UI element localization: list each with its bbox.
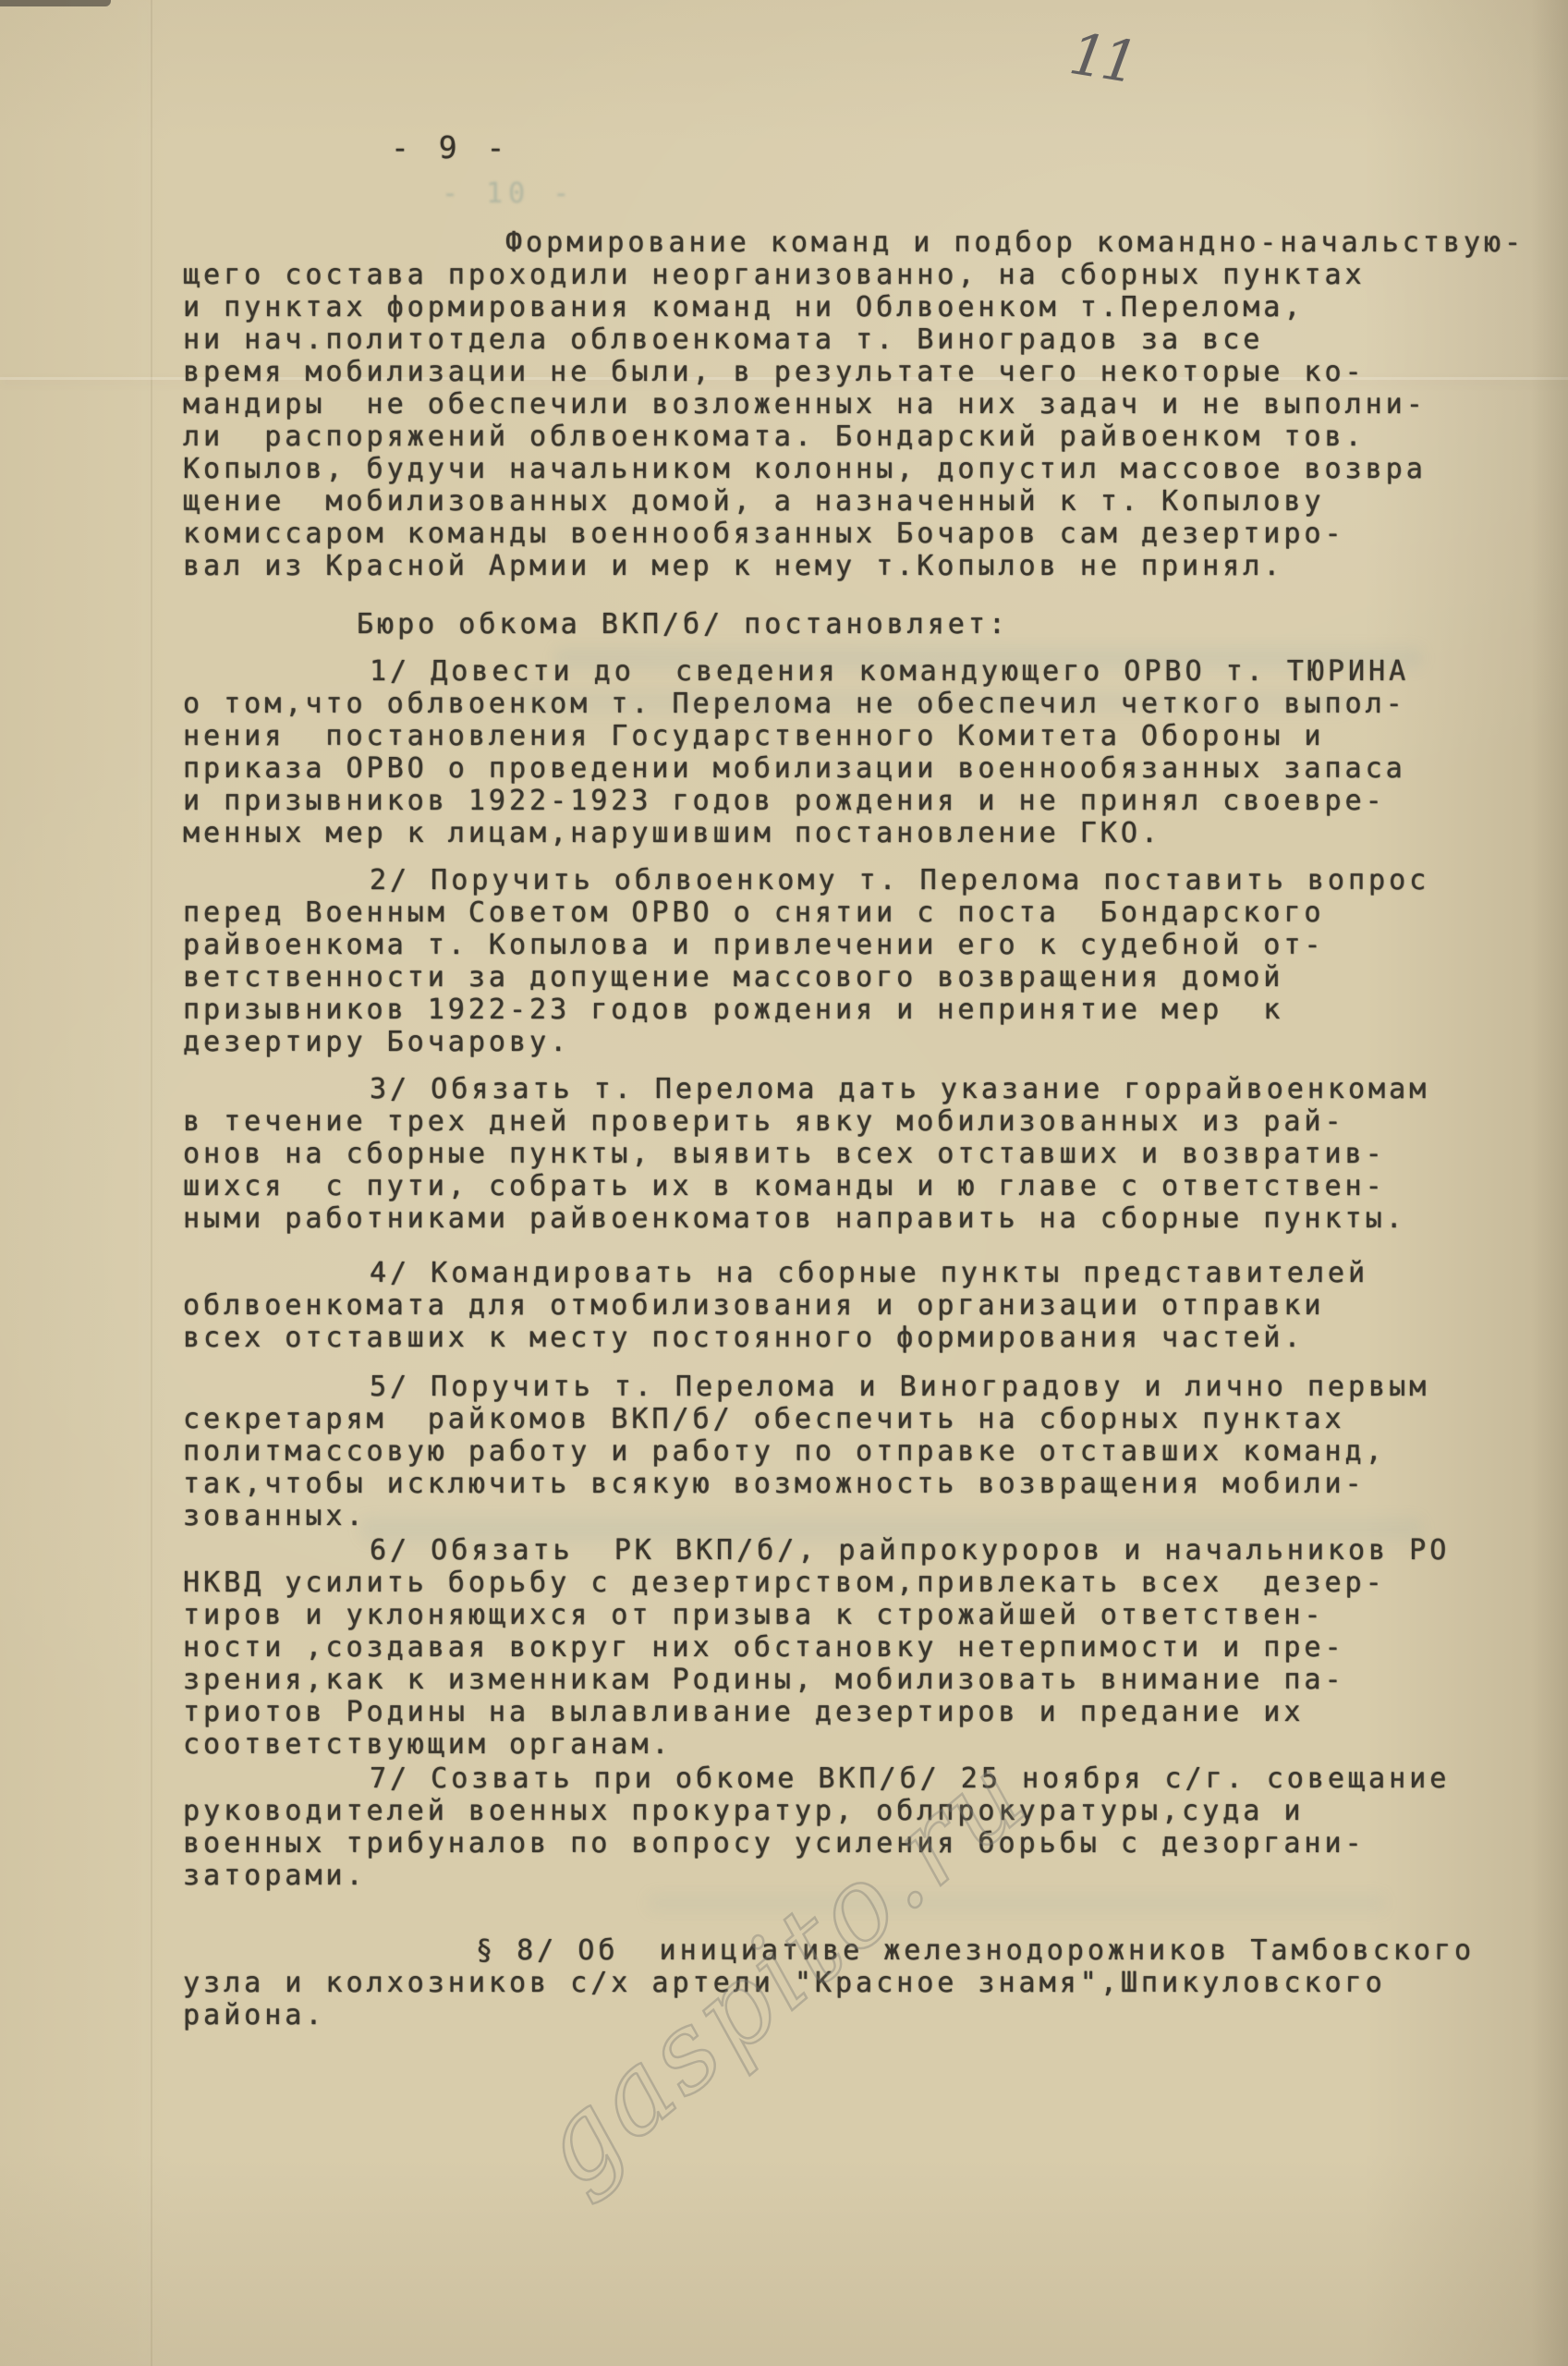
- resolution-item-5: 5/ Поручить т. Перелома и Виноградову и …: [183, 1371, 1460, 1532]
- document-body: Формирование команд и подбор командно-на…: [183, 226, 1460, 2031]
- text-line: нения постановления Государственного Ком…: [183, 720, 1460, 752]
- text-line: райвоенкома т. Копылова и привлечении ег…: [183, 929, 1460, 961]
- text-line: менных мер к лицам,нарушившим постановле…: [183, 817, 1460, 849]
- text-line: о том,что облвоенком т. Перелома не обес…: [183, 688, 1460, 720]
- text-line: комиссаром команды военнообязанных Бочар…: [183, 518, 1460, 550]
- resolution-item-6: 6/ Обязать РК ВКП/б/, райпрокуроров и на…: [183, 1534, 1460, 1761]
- resolution-item-2: 2/ Поручить облвоенкому т. Перелома пост…: [183, 864, 1460, 1058]
- page-number: - 9 -: [391, 129, 510, 165]
- text-line: ными работниками райвоенкоматов направит…: [183, 1202, 1460, 1235]
- text-line: дезертиру Бочарову.: [183, 1026, 1460, 1058]
- text-line: зованных.: [183, 1500, 1460, 1532]
- text-line: ни нач.политотдела облвоенкомата т. Вино…: [183, 323, 1460, 356]
- text-line: 4/ Командировать на сборные пункты предс…: [183, 1257, 1460, 1289]
- scanned-document-page: 11 - 9 - - 10 - Формирование команд и по…: [0, 0, 1568, 2366]
- page-edge-shadow: [1531, 0, 1568, 2366]
- text-line: мандиры не обеспечили возложенных на них…: [183, 388, 1460, 421]
- resolution-item-4: 4/ Командировать на сборные пункты предс…: [183, 1257, 1460, 1354]
- text-line: 1/ Довести до сведения командующего ОРВО…: [183, 655, 1460, 688]
- text-line: Копылов, будучи начальником колонны, доп…: [183, 453, 1460, 485]
- text-line: 5/ Поручить т. Перелома и Виноградову и …: [183, 1371, 1460, 1403]
- text-line: призывников 1922-23 годов рождения и неп…: [183, 994, 1460, 1026]
- vertical-crease: [151, 0, 152, 2366]
- text-line: ности ,создавая вокруг них обстановку не…: [183, 1631, 1460, 1664]
- text-line: тиров и уклоняющихся от призыва к строжа…: [183, 1599, 1460, 1631]
- text-line: зрения,как к изменникам Родины, мобилизо…: [183, 1664, 1460, 1696]
- text-line: руководителей военных прокуратур, облпро…: [183, 1795, 1460, 1827]
- text-line: облвоенкомата для отмобилизования и орга…: [183, 1289, 1460, 1322]
- text-line: щение мобилизованных домой, а назначенны…: [183, 485, 1460, 518]
- text-line: ли распоряжений облвоенкомата. Бондарски…: [183, 421, 1460, 453]
- handwritten-page-mark: 11: [1065, 19, 1138, 96]
- intro-paragraph: Формирование команд и подбор командно-на…: [183, 226, 1460, 582]
- resolution-item-1: 1/ Довести до сведения командующего ОРВО…: [183, 655, 1460, 849]
- text-line: всех отставших к месту постоянного форми…: [183, 1322, 1460, 1354]
- text-line: перед Военным Советом ОРВО о снятии с по…: [183, 896, 1460, 929]
- text-line: 6/ Обязать РК ВКП/б/, райпрокуроров и на…: [183, 1534, 1460, 1567]
- text-line: так,чтобы исключить всякую возможность в…: [183, 1468, 1460, 1500]
- resolution-item-3: 3/ Обязать т. Перелома дать указание гор…: [183, 1073, 1460, 1235]
- text-line: триотов Родины на вылавливание дезертиро…: [183, 1696, 1460, 1728]
- text-line: 7/ Созвать при обкоме ВКП/б/ 25 ноября с…: [183, 1762, 1460, 1795]
- text-line: НКВД усилить борьбу с дезертирством,прив…: [183, 1567, 1460, 1599]
- text-line: в течение трех дней проверить явку мобил…: [183, 1105, 1460, 1138]
- text-line: щего состава проходили неорганизованно, …: [183, 259, 1460, 291]
- text-line: онов на сборные пункты, выявить всех отс…: [183, 1138, 1460, 1170]
- text-line: и призывников 1922-1923 годов рождения и…: [183, 785, 1460, 817]
- scanner-edge-artifact: [0, 0, 111, 6]
- text-line: политмассовую работу и работу по отправк…: [183, 1435, 1460, 1468]
- text-line: ветственности за допущение массового воз…: [183, 961, 1460, 994]
- text-line: секретарям райкомов ВКП/б/ обеспечить на…: [183, 1403, 1460, 1435]
- text-line: приказа ОРВО о проведении мобилизации во…: [183, 752, 1460, 785]
- text-line: соответствующим органам.: [183, 1728, 1460, 1761]
- text-line: шихся с пути, собрать их в команды и ю г…: [183, 1170, 1460, 1202]
- text-line: вал из Красной Армии и мер к нему т.Копы…: [183, 550, 1460, 582]
- text-line: время мобилизации не были, в результате …: [183, 356, 1460, 388]
- text-line: 3/ Обязать т. Перелома дать указание гор…: [183, 1073, 1460, 1105]
- text-line: и пунктах формирования команд ни Облвоен…: [183, 291, 1460, 323]
- ghost-page-number-bleed: - 10 -: [442, 177, 575, 210]
- text-line: 2/ Поручить облвоенкому т. Перелома пост…: [183, 864, 1460, 896]
- text-line: Формирование команд и подбор командно-на…: [183, 226, 1460, 259]
- resolution-heading: Бюро обкома ВКП/б/ постановляет:: [357, 608, 1460, 640]
